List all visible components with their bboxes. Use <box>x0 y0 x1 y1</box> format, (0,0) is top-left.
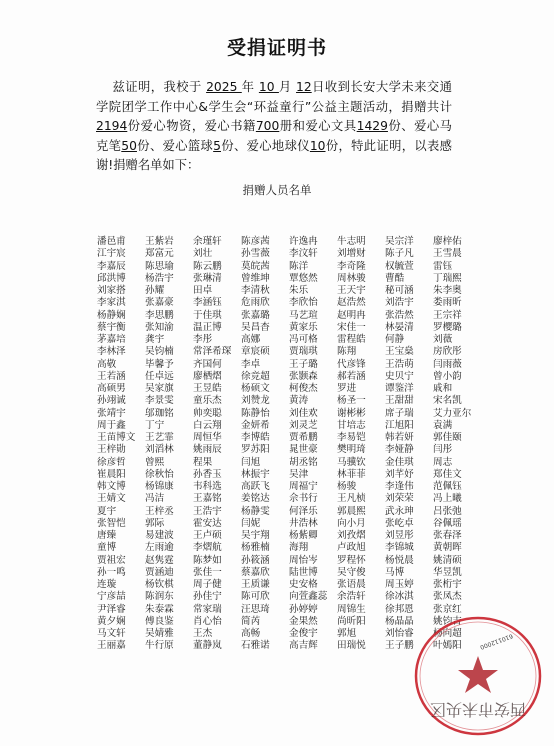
donor-name: 周于鑫 <box>97 420 145 432</box>
donor-name: 帅奕聪 <box>193 408 241 420</box>
donor-name: 唐臻 <box>97 530 145 542</box>
donor-name: 姜铭达 <box>241 493 289 505</box>
donor-name: 许逸冉 <box>289 236 337 248</box>
donor-name: 陈润东 <box>145 591 193 603</box>
donor-name: 韩若妍 <box>385 432 433 444</box>
donor-name: 王昱皓 <box>193 383 241 395</box>
donor-name: 甘培志 <box>337 420 385 432</box>
donor-name: 尚昕阳 <box>337 616 385 628</box>
donor-name: 刘灵芝 <box>289 420 337 432</box>
donor-name: 晁世豪 <box>289 444 337 456</box>
donor-name: 周志 <box>433 457 481 469</box>
donor-name: 冯洁 <box>145 493 193 505</box>
text-segment: 份爱心物资，爱心书籍 <box>127 119 256 133</box>
donor-name: 李清秋 <box>241 285 289 297</box>
donor-name: 金果然 <box>289 616 337 628</box>
official-seal-icon: 西安市未央区 610112000 <box>408 612 548 740</box>
donor-name: 周玉婷 <box>385 579 433 591</box>
donor-name: 李娅静 <box>385 444 433 456</box>
donor-name: 胡丞铭 <box>289 457 337 469</box>
donor-name: 崔晨阳 <box>97 469 145 481</box>
donor-name: 王天宇 <box>337 285 385 297</box>
donor-name: 余浩轩 <box>337 591 385 603</box>
donor-name: 闫雨薇 <box>433 359 481 371</box>
donor-name: 李家淇 <box>97 297 145 309</box>
donor-name: 张凤杰 <box>433 591 481 603</box>
donor-name: 江宇宸 <box>97 248 145 260</box>
donor-name: 覃悠然 <box>289 273 337 285</box>
donor-name: 朱李奥 <box>433 285 481 297</box>
donor-name: 周怡岑 <box>289 555 337 567</box>
donor-name: 于佳琪 <box>193 310 241 322</box>
donor-name: 何泽乐 <box>289 506 337 518</box>
donor-name: 高娜 <box>241 334 289 346</box>
donor-name: 王梓丞 <box>145 506 193 518</box>
svg-text:西安市未央区: 西安市未央区 <box>430 700 526 719</box>
donor-name: 黄夕娴 <box>97 616 145 628</box>
certificate-paragraph: 兹证明，我校于 2025 年 10 月 12日收到长安大学未来交通学院团学工作中… <box>96 78 452 176</box>
donor-name: 袁满 <box>433 420 481 432</box>
donor-name: 郭旭 <box>337 628 385 640</box>
donor-name: 谢彬彬 <box>337 408 385 420</box>
donor-name: 王浩萌 <box>385 359 433 371</box>
donor-name: 郑富元 <box>145 248 193 260</box>
donor-name: 孙翊诚 <box>97 395 145 407</box>
donor-name: 刘赞龙 <box>241 395 289 407</box>
donor-name: 宁彦喆 <box>97 591 145 603</box>
donor-name: 刘荣荣 <box>385 493 433 505</box>
donor-name: 张屹卓 <box>385 518 433 530</box>
donor-name: 白云翔 <box>193 420 241 432</box>
donor-name: 刘浩宇 <box>385 297 433 309</box>
donor-name: 李思鹏 <box>145 310 193 322</box>
text-segment: 月 <box>279 80 296 94</box>
donor-name: 吴家旗 <box>145 383 193 395</box>
donor-name: 王若涵 <box>97 371 145 383</box>
donor-name: 贾瑞琪 <box>289 346 337 358</box>
donor-name: 朱泰霖 <box>145 604 193 616</box>
donor-name: 任卓远 <box>145 371 193 383</box>
donor-name: 吴钧楠 <box>145 346 193 358</box>
donor-name: 左雨逾 <box>145 542 193 554</box>
donor-name: 刘昱彤 <box>385 530 433 542</box>
donor-name: 高畅 <box>241 628 289 640</box>
text-segment: 份、爱心地球仪 <box>221 139 310 153</box>
donor-name: 张浩然 <box>385 310 433 322</box>
donor-name: 郑佳文 <box>433 469 481 481</box>
year-value: 2025 <box>206 80 242 94</box>
donor-name: 吴昌杳 <box>241 322 289 334</box>
donor-name: 李奇隆 <box>337 261 385 273</box>
donor-name: 李熠航 <box>193 542 241 554</box>
donor-name: 王艺霏 <box>145 432 193 444</box>
donor-name: 周福宁 <box>289 481 337 493</box>
donor-name: 张春泽 <box>433 530 481 542</box>
donor-name: 杨硕文 <box>241 383 289 395</box>
donor-name: 佘书行 <box>289 493 337 505</box>
donor-name: 茅嘉培 <box>97 334 145 346</box>
donor-name: 孙香玉 <box>193 469 241 481</box>
donor-name: 王质谦 <box>241 579 289 591</box>
donor-name: 刘孜熠 <box>337 530 385 542</box>
donor-name: 蔡嘉欣 <box>241 567 289 579</box>
donor-name: 金妍希 <box>241 420 289 432</box>
donor-name: 刘薇 <box>433 334 481 346</box>
donor-name: 杨静娴 <box>97 310 145 322</box>
text-segment: 份、爱心篮球 <box>137 139 213 153</box>
donor-name: 石雅诺 <box>241 640 289 652</box>
donor-name: 谭鉴洋 <box>385 383 433 395</box>
donor-name: 张智恺 <box>97 518 145 530</box>
donor-name: 徐竞超 <box>241 371 289 383</box>
donor-name: 毕馨予 <box>145 359 193 371</box>
donor-name: 王嘉铭 <box>193 493 241 505</box>
donor-name: 杨骏 <box>337 481 385 493</box>
donor-name: 杨钦棋 <box>145 579 193 591</box>
donor-name: 刘壮 <box>193 248 241 260</box>
donor-name: 董静岚 <box>193 640 241 652</box>
donor-name: 张桁宇 <box>433 579 481 591</box>
donor-name: 傅良鉴 <box>145 616 193 628</box>
donor-name: 章宸硕 <box>241 346 289 358</box>
donor-name: 孙一鸣 <box>97 567 145 579</box>
donor-name: 陈静怡 <box>241 408 289 420</box>
donor-name: 周锦生 <box>337 604 385 616</box>
donor-name: 吕张弛 <box>433 506 481 518</box>
donor-name: 周恒华 <box>193 432 241 444</box>
donor-name: 李林泽 <box>97 346 145 358</box>
donor-name: 莫皖茜 <box>241 261 289 273</box>
donor-name: 王梓勋 <box>97 444 145 456</box>
donor-name: 贾祖宏 <box>97 555 145 567</box>
donor-name: 海翔 <box>289 542 337 554</box>
donor-name: 李锦城 <box>385 542 433 554</box>
donor-list-heading: 捐赠人员名单 <box>0 182 554 198</box>
donor-name: 陆世博 <box>289 567 337 579</box>
donor-name: 王宝燊 <box>385 346 433 358</box>
donor-name: 霍安达 <box>193 518 241 530</box>
donor-name: 龚宇 <box>145 334 193 346</box>
donor-name: 赵明冉 <box>337 310 385 322</box>
donor-name: 张知渝 <box>145 322 193 334</box>
donor-name: 孙佳宁 <box>193 591 241 603</box>
donor-name: 罗苏阳 <box>241 444 289 456</box>
donor-name: 杨圣一 <box>337 395 385 407</box>
donor-name: 赵隽霆 <box>145 555 193 567</box>
donor-name: 宋佳一 <box>337 322 385 334</box>
donor-name: 王丽嘉 <box>97 640 145 652</box>
donor-name: 罗程怀 <box>337 555 385 567</box>
donor-name: 林振宇 <box>241 469 289 481</box>
donor-name: 武永珅 <box>385 506 433 518</box>
donor-name: 杨静雯 <box>241 506 289 518</box>
donor-name: 贾涵迪 <box>145 567 193 579</box>
donor-name: 邬珈铭 <box>145 408 193 420</box>
donor-name: 郭佳颐 <box>433 432 481 444</box>
stationery-count: 1429 <box>357 119 388 133</box>
svg-text:610112000: 610112000 <box>479 632 514 650</box>
donor-name: 代彦锋 <box>337 359 385 371</box>
donor-name: 郭际 <box>145 518 193 530</box>
donor-name: 马文轩 <box>97 628 145 640</box>
donor-name: 冯上曦 <box>433 493 481 505</box>
document-title: 受捐证明书 <box>0 33 554 60</box>
donor-name: 潘邑甫 <box>97 236 145 248</box>
donor-name: 常家瑞 <box>193 604 241 616</box>
donor-name: 尹泽睿 <box>97 604 145 616</box>
donor-name: 汪思琦 <box>241 604 289 616</box>
donor-name: 马骥钦 <box>337 457 385 469</box>
donor-name: 向萱鑫蕊 <box>289 591 337 603</box>
donor-name: 李博皓 <box>241 432 289 444</box>
donor-name: 陈梦如 <box>193 555 241 567</box>
donor-name: 吴婧雅 <box>145 628 193 640</box>
donor-name: 吴宇翔 <box>241 530 289 542</box>
donor-name: 孙雪薇 <box>241 248 289 260</box>
donor-name: 黄朝晖 <box>433 542 481 554</box>
donor-name: 柯俊杰 <box>289 383 337 395</box>
donor-name: 王浩宇 <box>193 506 241 518</box>
donor-name: 易建波 <box>145 530 193 542</box>
donor-name: 高硕男 <box>97 383 145 395</box>
donor-name: 金佳琪 <box>385 457 433 469</box>
donor-name: 贾希鹏 <box>289 432 337 444</box>
donor-name: 雷程皓 <box>337 334 385 346</box>
donor-name: 范佩钰 <box>433 481 481 493</box>
donor-name: 樊明琦 <box>337 444 385 456</box>
donor-name: 姚雨辰 <box>193 444 241 456</box>
donor-name: 林晏清 <box>385 322 433 334</box>
donor-name: 秘可涵 <box>385 285 433 297</box>
donor-name: 牛志明 <box>337 236 385 248</box>
donor-name: 娄雨昕 <box>433 297 481 309</box>
donor-name: 何静 <box>385 334 433 346</box>
donor-name: 王宗祥 <box>433 310 481 322</box>
donor-name: 黄涛 <box>289 395 337 407</box>
donor-name: 张琳清 <box>193 273 241 285</box>
donor-name: 刘滔林 <box>145 444 193 456</box>
donor-name: 李欣怡 <box>289 297 337 309</box>
donor-name: 常泽希琛 <box>193 346 241 358</box>
donor-name: 闫旭 <box>241 457 289 469</box>
donor-name: 陈彦茜 <box>241 236 289 248</box>
donor-name: 陈翔 <box>337 346 385 358</box>
donor-name: 林菲菲 <box>337 469 385 481</box>
donor-name: 陈可欣 <box>241 591 289 603</box>
donor-name: 戚和 <box>433 383 481 395</box>
donor-name: 程果 <box>193 457 241 469</box>
donor-name: 刘家搭 <box>97 285 145 297</box>
donor-name: 杨紫卿 <box>289 530 337 542</box>
donor-name: 孙婷婷 <box>289 604 337 616</box>
donor-name-grid: 潘邑甫王紫岩余瑾轩陈彦茜许逸冉牛志明吴宗洋廖梓佑江宇宸郑富元刘壮孙雪薇李汶轩刘增… <box>97 236 481 653</box>
month-value: 10 <box>259 80 279 94</box>
donor-name: 吴守俊 <box>337 567 385 579</box>
donor-name: 谷佩瑶 <box>433 518 481 530</box>
donor-name: 高吉辉 <box>289 640 337 652</box>
donor-name: 金俊宇 <box>289 628 337 640</box>
basketballs-count: 5 <box>213 139 221 153</box>
donor-name: 曹酷 <box>385 273 433 285</box>
donor-name: 席子瑞 <box>385 408 433 420</box>
donor-name: 王凡桢 <box>337 493 385 505</box>
donor-name: 刘增财 <box>337 248 385 260</box>
donor-name: 马艺瑄 <box>289 310 337 322</box>
donor-name: 韦科选 <box>193 481 241 493</box>
donor-name: 房欣彤 <box>433 346 481 358</box>
donor-name: 李汶轩 <box>289 248 337 260</box>
donor-name: 童乐杰 <box>193 395 241 407</box>
donor-name: 徐彦哲 <box>97 457 145 469</box>
donor-name: 王杰 <box>193 628 241 640</box>
donor-name: 李逢伟 <box>385 481 433 493</box>
donor-name: 卢政旭 <box>337 542 385 554</box>
donor-name: 简芮 <box>241 616 289 628</box>
donor-name: 王婧文 <box>97 493 145 505</box>
donor-name: 徐秋怡 <box>145 469 193 481</box>
donor-name: 丁宁 <box>145 420 193 432</box>
donor-name: 曾小韵 <box>433 371 481 383</box>
donor-name: 刘佳欢 <box>289 408 337 420</box>
donor-name: 张嘉豪 <box>145 297 193 309</box>
donor-name: 王卢硕 <box>193 530 241 542</box>
donor-name: 蔡宇衡 <box>97 322 145 334</box>
donor-name: 曾熙 <box>145 457 193 469</box>
donor-name: 曾维坤 <box>241 273 289 285</box>
donor-name: 郭晨熙 <box>337 506 385 518</box>
donor-name: 江旭阳 <box>385 420 433 432</box>
donor-name: 杨雅楠 <box>241 542 289 554</box>
donor-name: 朱乐 <box>289 285 337 297</box>
donor-name: 丁瑞熙 <box>433 273 481 285</box>
donor-name: 杨悦晨 <box>385 555 433 567</box>
donor-name: 童博 <box>97 542 145 554</box>
donor-name: 廖栖熠 <box>193 371 241 383</box>
donor-name: 闫彤 <box>433 444 481 456</box>
donor-name: 陈子凡 <box>385 248 433 260</box>
donor-name: 张靖宇 <box>97 408 145 420</box>
donor-name: 宋名凯 <box>433 395 481 407</box>
donor-name: 田卓 <box>193 285 241 297</box>
donor-name: 高敬 <box>97 359 145 371</box>
donor-name: 向小月 <box>337 518 385 530</box>
donor-name: 杨浩宇 <box>145 273 193 285</box>
donor-name: 黄家乐 <box>289 322 337 334</box>
donor-name: 罗进 <box>337 383 385 395</box>
donor-name: 井浩林 <box>289 518 337 530</box>
donor-name: 王紫岩 <box>145 236 193 248</box>
donor-name: 冯可格 <box>289 334 337 346</box>
donor-name: 吴津 <box>289 469 337 481</box>
donor-name: 肖心怡 <box>193 616 241 628</box>
donor-name: 夏宇 <box>97 506 145 518</box>
books-count: 700 <box>256 119 279 133</box>
donor-name: 陈云鹏 <box>193 261 241 273</box>
donor-name: 周子健 <box>193 579 241 591</box>
donor-name: 李彤 <box>193 334 241 346</box>
donor-name: 姚清硕 <box>433 555 481 567</box>
markers-count: 50 <box>121 139 137 153</box>
donor-name: 齐国何 <box>193 359 241 371</box>
donor-name: 温正博 <box>193 322 241 334</box>
donor-name: 张颢森 <box>289 371 337 383</box>
donor-name: 徐冰淇 <box>385 591 433 603</box>
donor-name: 史贝宁 <box>385 371 433 383</box>
donor-name: 孙耀 <box>145 285 193 297</box>
donor-name: 刘芊妤 <box>385 469 433 481</box>
donor-name: 雷钰 <box>433 261 481 273</box>
donor-name: 王雪晨 <box>433 248 481 260</box>
donor-name: 韩文博 <box>97 481 145 493</box>
donor-name: 孙筱涵 <box>241 555 289 567</box>
donor-name: 杨锦康 <box>145 481 193 493</box>
donor-name: 张佳一 <box>193 567 241 579</box>
total-count: 2194 <box>96 119 127 133</box>
donor-name: 王甜甜 <box>385 395 433 407</box>
donor-name: 邱洪博 <box>97 273 145 285</box>
document-page: 受捐证明书 兹证明，我校于 2025 年 10 月 12日收到长安大学未来交通学… <box>0 0 554 746</box>
donor-name: 高跃飞 <box>241 481 289 493</box>
day-value: 12 <box>296 80 312 94</box>
donor-name: 闫妮 <box>241 518 289 530</box>
donor-name: 权毓萱 <box>385 261 433 273</box>
donor-name: 张语晨 <box>337 579 385 591</box>
donor-name: 罗樱璐 <box>433 322 481 334</box>
donor-name: 艾力亚尔 <box>433 408 481 420</box>
donor-name: 赵浩然 <box>337 297 385 309</box>
donor-name: 陈洋 <box>289 261 337 273</box>
donor-name: 李景雯 <box>145 395 193 407</box>
donor-name: 马博 <box>385 567 433 579</box>
donor-name: 史安格 <box>289 579 337 591</box>
donor-name: 李卓 <box>241 359 289 371</box>
donor-name: 牛行原 <box>145 640 193 652</box>
donor-name: 李嘉辰 <box>97 261 145 273</box>
text-segment: 册和爱心文具 <box>279 119 356 133</box>
donor-name: 连璇 <box>97 579 145 591</box>
donor-name: 吴宗洋 <box>385 236 433 248</box>
donor-name: 王苗博文 <box>97 432 145 444</box>
donor-name: 郝若涵 <box>337 371 385 383</box>
donor-name: 张嘉璐 <box>241 310 289 322</box>
text-segment: 年 <box>242 80 259 94</box>
globes-count: 10 <box>310 139 326 153</box>
donor-name: 廖梓佑 <box>433 236 481 248</box>
donor-name: 李易铠 <box>337 432 385 444</box>
text-segment: 兹证明，我校于 <box>112 80 206 94</box>
donor-name: 田瑞悦 <box>337 640 385 652</box>
donor-name: 危雨欣 <box>241 297 289 309</box>
donor-name: 陈思瑜 <box>145 261 193 273</box>
donor-name: 王子璐 <box>289 359 337 371</box>
donor-name: 余瑾轩 <box>193 236 241 248</box>
donor-name: 李涵钰 <box>193 297 241 309</box>
donor-name: 华昱凯 <box>433 567 481 579</box>
donor-name: 周林骏 <box>337 273 385 285</box>
